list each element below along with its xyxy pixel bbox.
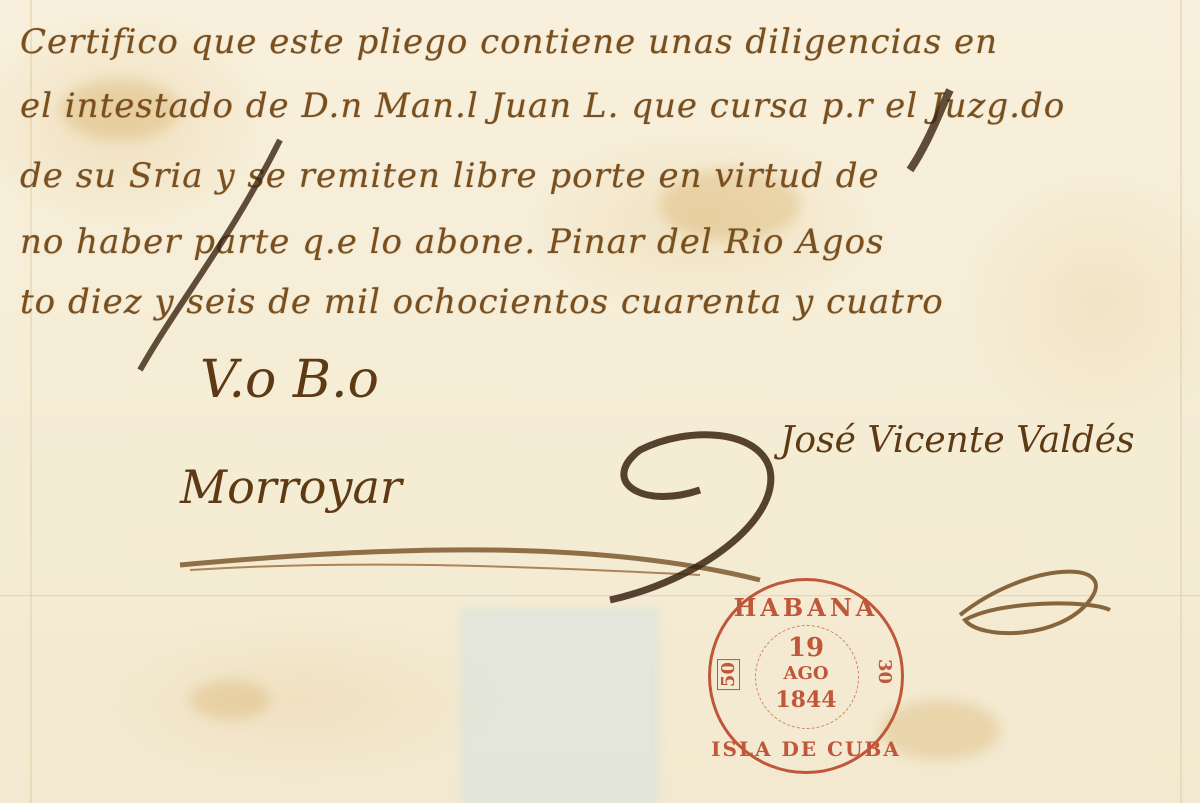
manuscript-page: Certifico que este pliego contiene unas …: [0, 0, 1200, 803]
postmark-side-left: 50: [717, 659, 740, 690]
text-line-3: de su Sria y se remiten libre porte en v…: [20, 156, 880, 196]
postmark-year: 1844: [711, 687, 901, 713]
text-line-5: to diez y seis de mil ochocientos cuaren…: [20, 282, 944, 322]
vertical-fold-crease: [1180, 0, 1182, 803]
signature-right: José Vicente Valdés: [780, 420, 1135, 461]
text-line-2: el intestado de D.n Man.l Juan L. que cu…: [20, 86, 1065, 126]
postmark-stamp: HABANA 19 AGO 1844 50 30 ISLA DE CUBA: [708, 578, 904, 774]
text-line-1: Certifico que este pliego contiene unas …: [20, 22, 998, 62]
postmark-side-right: 30: [874, 659, 895, 684]
approval-mark: V.o B.o: [200, 350, 379, 410]
postmark-country: ISLA DE CUBA: [711, 737, 901, 761]
postmark-city: HABANA: [711, 593, 901, 622]
signature-left: Morroyar: [180, 460, 402, 514]
foxing-stain: [190, 680, 270, 720]
text-line-4: no haber parte q.e lo abone. Pinar del R…: [20, 222, 885, 262]
horizontal-fold-crease: [0, 595, 1200, 598]
pale-paper-patch: [460, 608, 660, 803]
